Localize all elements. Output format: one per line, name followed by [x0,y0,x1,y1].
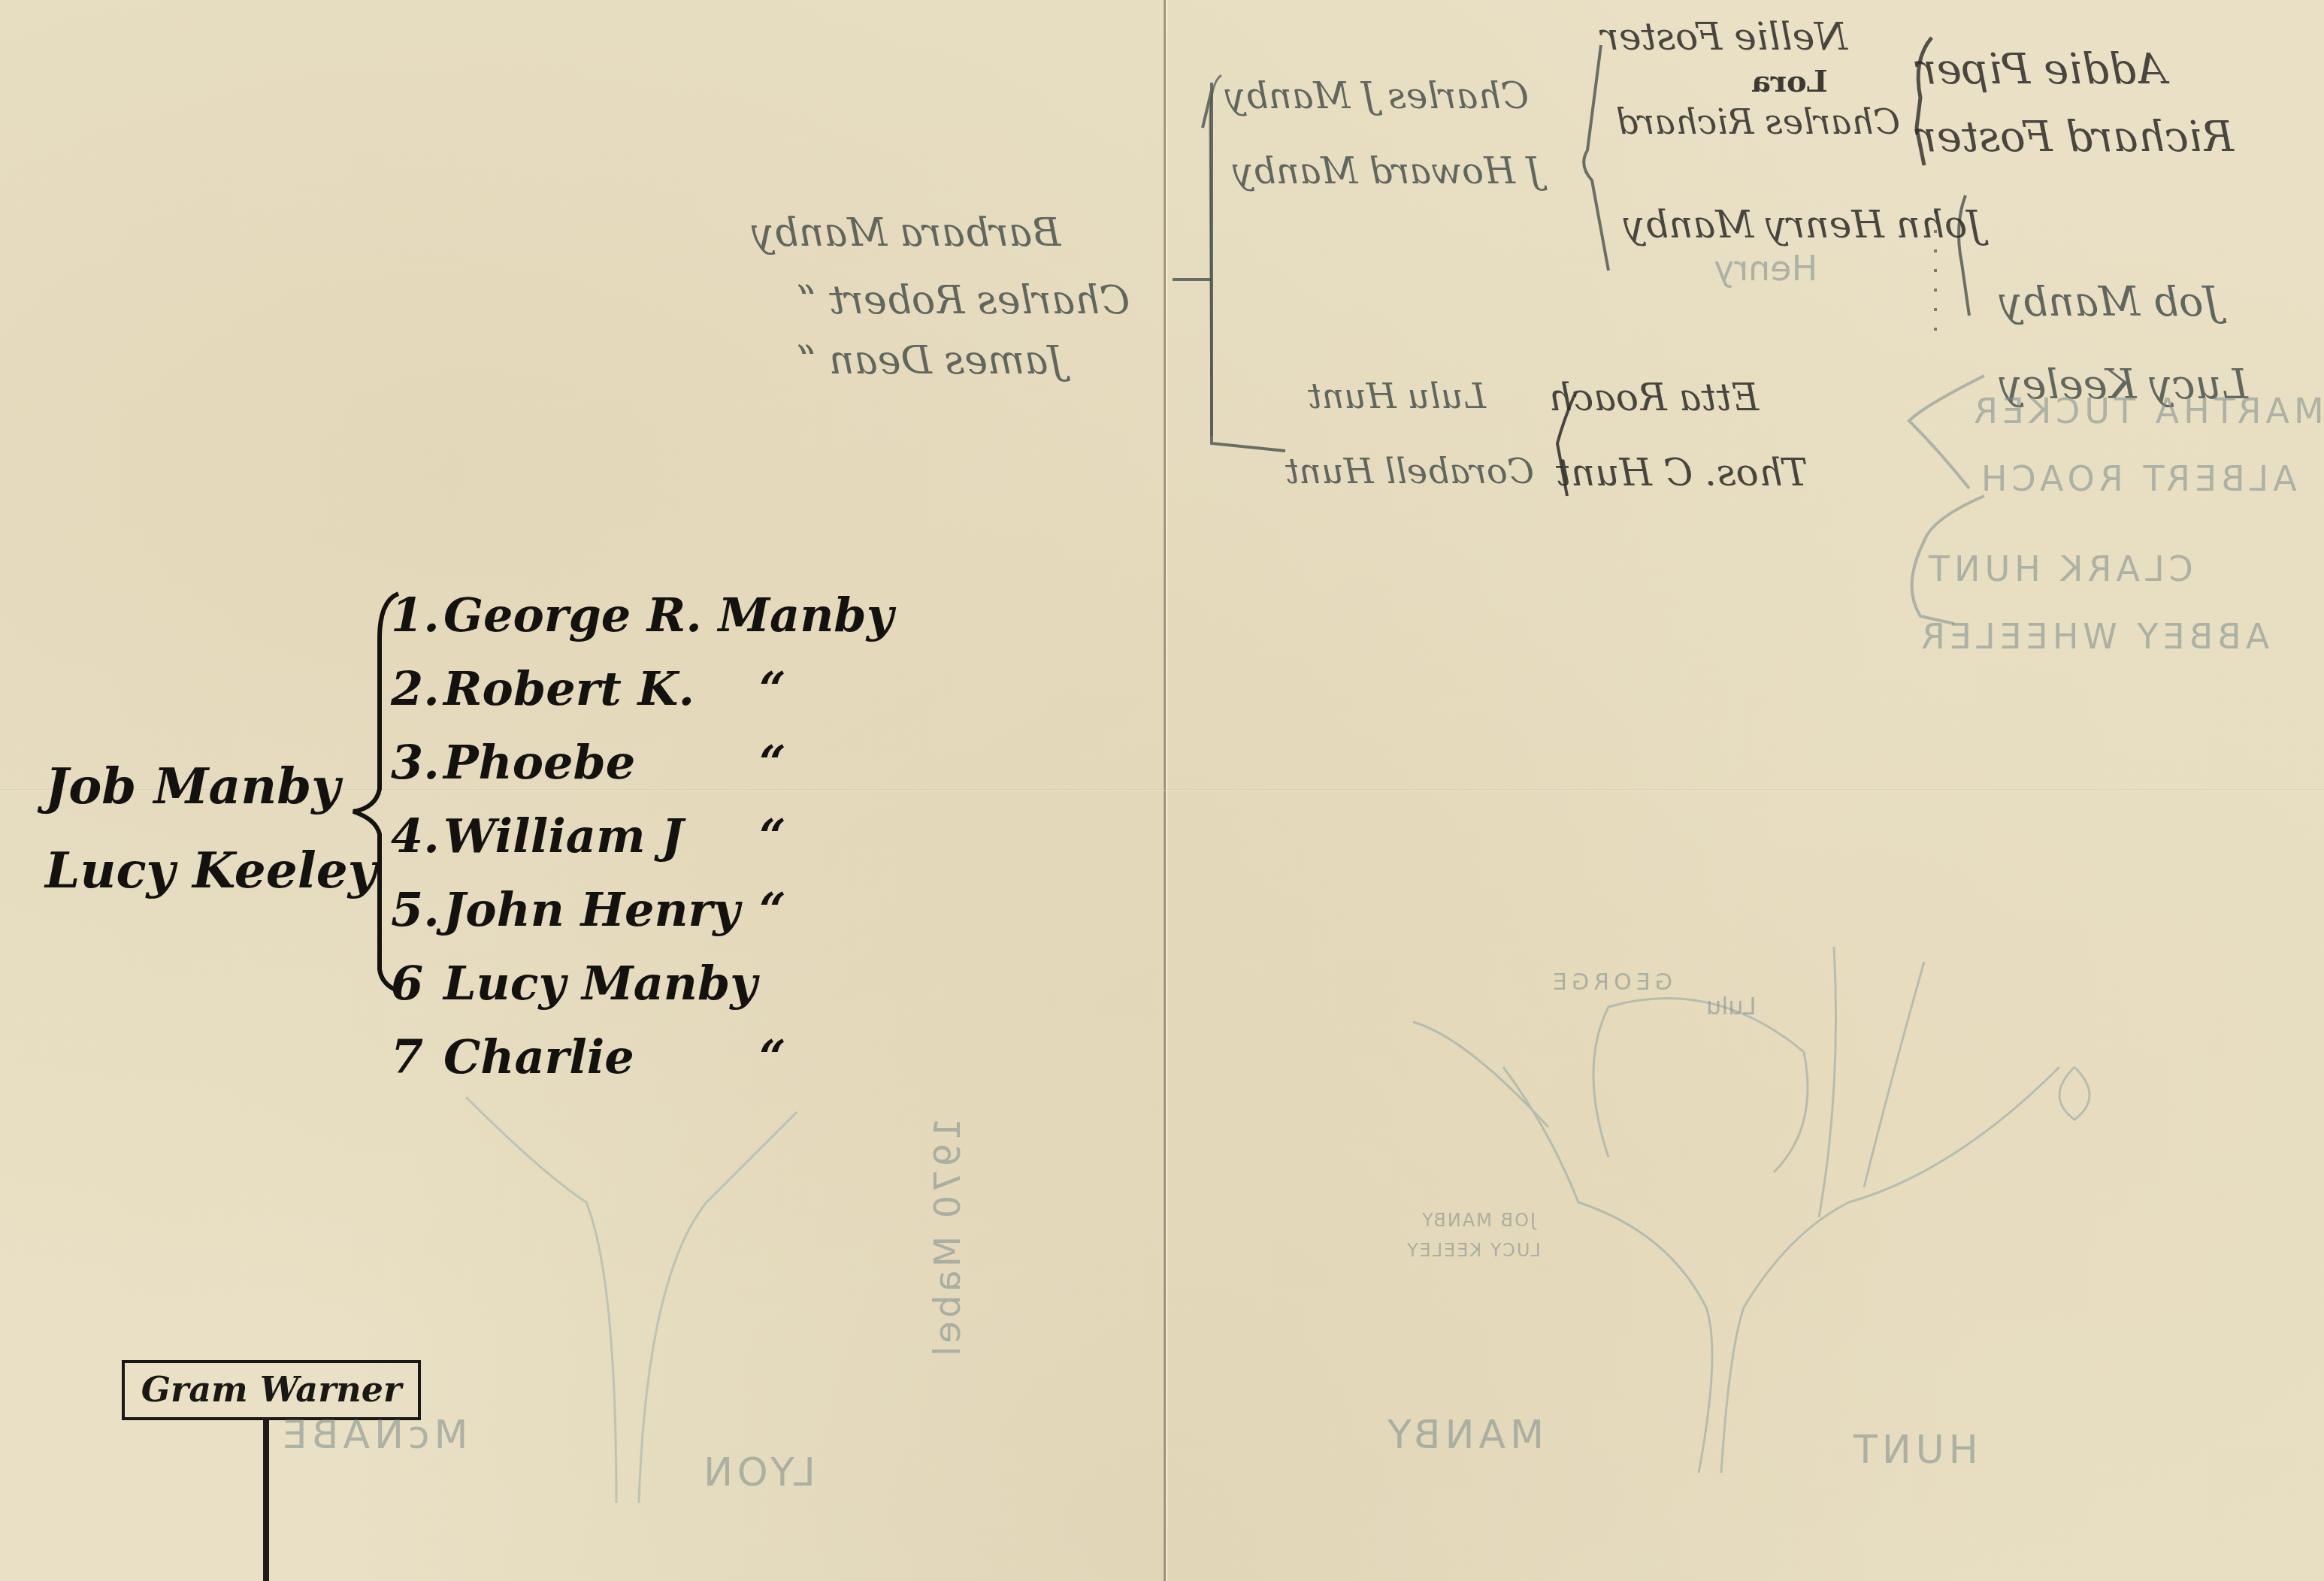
caps-name: ABBEY WHEELER [1917,616,2269,657]
pencil-parent: Corabell Hunt [1285,451,1534,491]
gram-warner-sign: Gram Warner [122,1360,421,1420]
tree-caption: JOB MANBY [1421,1210,1536,1231]
child-row: 2.Robert K.“ [391,652,786,726]
pencil-bracket-mid [1584,45,1608,271]
faint-y-tree [466,1097,797,1503]
pencil-grandparent: Charles Richard [1616,101,1900,142]
pencil-bracket-left [1203,83,1285,451]
tree-label-manby: MANBY [1383,1413,1544,1458]
pencil-parent: Lulu Hunt [1308,376,1486,416]
pencil-parent: J Howard Manby [1233,150,1541,192]
pencil-great-grandparent: Job Manby [1999,278,2220,325]
child-row: 7Charlie“ [391,1020,786,1094]
tree-label-hunt: HUNT [1849,1428,1978,1473]
parent-mother: Lucy Keeley [45,828,377,912]
pencil-hunt: Etta Roach [1548,376,1759,419]
child-row: 3.Phoebe“ [391,726,786,800]
parent-father: Job Manby [45,744,377,828]
child-row: 4.William J“ [391,800,786,873]
pencil-grandchild: James Dean “ [797,338,1064,383]
tree-caption: LUCY KEELEY [1406,1240,1541,1261]
caps-name: MARTHA TUCKER [1969,391,2324,431]
pencil-great-grandparent: Addie Piper [1917,45,2166,94]
faint-henry: Henry [1714,248,1817,289]
pencil-parent: Charles J Manby [1225,75,1529,117]
y-label-mcnabe: McNABE [278,1413,468,1458]
caps-name: CLARK HUNT [1924,549,2193,589]
y-label-lyon: LYON [699,1450,816,1495]
tree-label-lulu: Lulu [1706,992,1757,1020]
ink-parents: Job Manby Lucy Keeley [45,744,377,912]
pencil-great-grandparent: Richard Foster [1917,113,2234,162]
child-row: 5.John Henry“ [391,873,786,947]
pencil-grandchild: Charles Robert “ [797,278,1130,323]
vertical-note: 1970 Mabel [927,1117,969,1359]
child-row: 6Lucy Manby [391,947,786,1020]
pencil-hunt: Thos. C Hunt [1556,451,1808,494]
pencil-grandchild: Barbara Manby [752,210,1061,255]
pencil-grandparent: Lora [1751,64,1828,99]
pencil-grandparent: Nellie Foster [1601,15,1847,59]
tree-label-george: GEORGE [1548,969,1672,996]
caps-name: ALBERT ROACH [1977,458,2297,499]
child-row: 1.George R. Manby [391,579,786,652]
ink-children-list: 1.George R. Manby 2.Robert K.“ 3.Phoebe“… [391,579,786,1094]
pencil-grandparent: John Henry Manby [1623,203,1982,246]
sign-post [263,1417,269,1581]
